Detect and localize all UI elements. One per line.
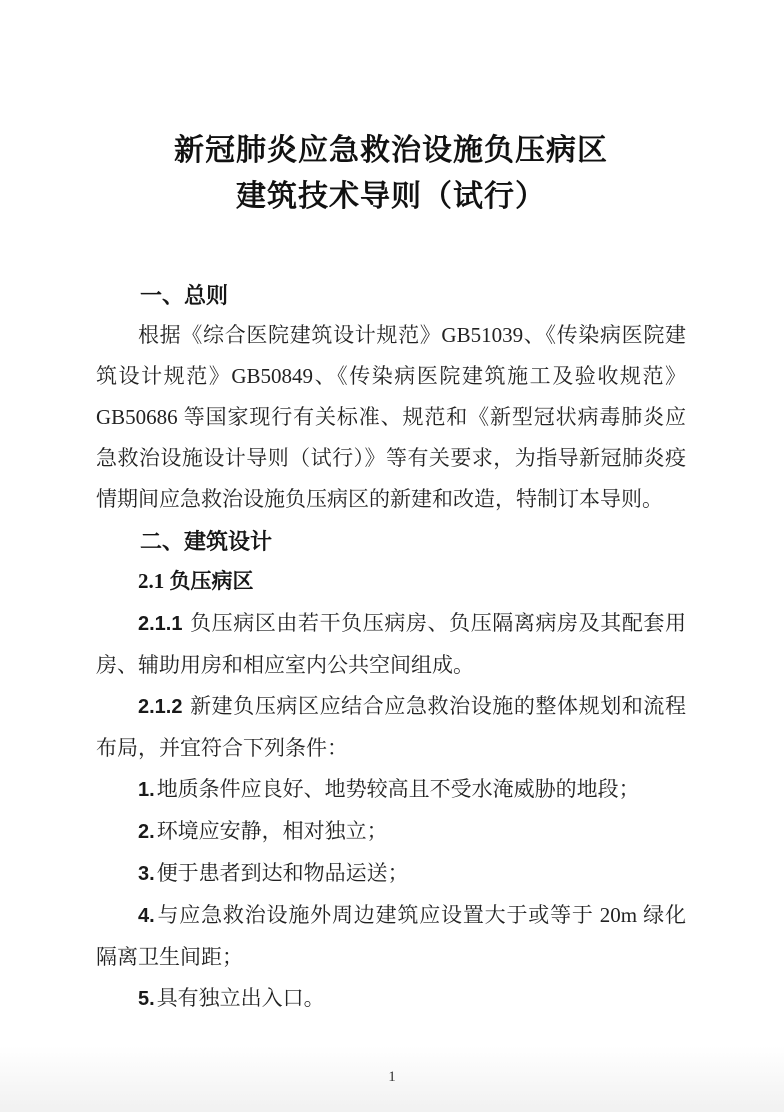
section-heading-architectural-design: 二、建筑设计 (96, 529, 686, 555)
clause-text: 负压病区由若干负压病房、负压隔离病房及其配套用房、辅助用房和相应室内公共空间组成… (96, 611, 686, 677)
condition-text: 与应急救治设施外周边建筑应设置大于或等于 20m 绿化隔离卫生间距； (96, 903, 686, 969)
clause-2-1-1: 2.1.1负压病区由若干负压病房、负压隔离病房及其配套用房、辅助用房和相应室内公… (96, 603, 686, 686)
condition-text: 环境应安静，相对独立； (157, 819, 388, 843)
document-title-line-1: 新冠肺炎应急救治设施负压病区 (96, 128, 686, 174)
condition-item-4: 4.与应急救治设施外周边建筑应设置大于或等于 20m 绿化隔离卫生间距； (96, 895, 686, 978)
document-title-line-2: 建筑技术导则（试行） (96, 174, 686, 220)
condition-text: 地质条件应良好、地势较高且不受水淹威胁的地段； (157, 777, 640, 801)
clause-number: 2.1.1 (138, 613, 182, 635)
document-page: 新冠肺炎应急救治设施负压病区 建筑技术导则（试行） 一、总则 根据《综合医院建筑… (0, 0, 784, 1112)
clause-2-1-2: 2.1.2新建负压病区应结合应急救治设施的整体规划和流程布局，并宜符合下列条件： (96, 686, 686, 769)
clause-text: 新建负压病区应结合应急救治设施的整体规划和流程布局，并宜符合下列条件： (96, 694, 686, 760)
section-heading-general-provisions: 一、总则 (96, 283, 686, 309)
page-number: 1 (0, 1069, 784, 1086)
document-content: 新冠肺炎应急救治设施负压病区 建筑技术导则（试行） 一、总则 根据《综合医院建筑… (0, 128, 784, 1020)
condition-text: 便于患者到达和物品运送； (157, 861, 409, 885)
condition-number: 1. (138, 779, 155, 801)
subsection-heading-negative-pressure-ward: 2.1 负压病区 (96, 569, 686, 594)
condition-item-5: 5.具有独立出入口。 (96, 978, 686, 1020)
condition-number: 4. (138, 905, 155, 927)
document-title: 新冠肺炎应急救治设施负压病区 建筑技术导则（试行） (96, 128, 686, 220)
condition-item-1: 1.地质条件应良好、地势较高且不受水淹威胁的地段； (96, 769, 686, 811)
condition-number: 2. (138, 821, 155, 843)
condition-text: 具有独立出入口。 (157, 986, 325, 1010)
general-provisions-paragraph: 根据《综合医院建筑设计规范》GB51039、《传染病医院建筑设计规范》GB508… (96, 315, 686, 520)
condition-item-2: 2.环境应安静，相对独立； (96, 811, 686, 853)
clause-block: 2.1.1负压病区由若干负压病房、负压隔离病房及其配套用房、辅助用房和相应室内公… (96, 603, 686, 1020)
condition-number: 3. (138, 863, 155, 885)
clause-number: 2.1.2 (138, 696, 182, 718)
condition-number: 5. (138, 988, 155, 1010)
condition-item-3: 3.便于患者到达和物品运送； (96, 853, 686, 895)
